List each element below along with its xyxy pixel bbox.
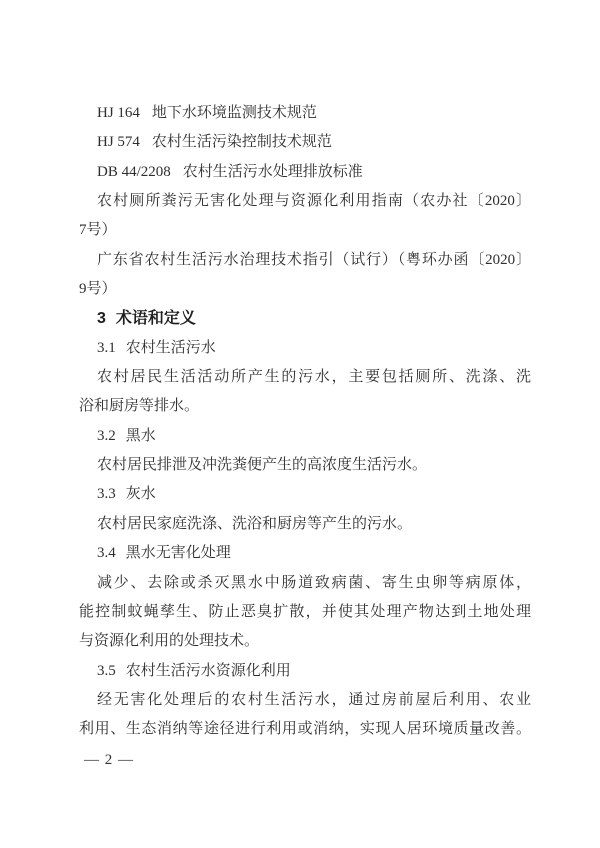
reference-code: DB 44/2208: [97, 164, 171, 180]
term-title: 黑水无害化处理: [126, 545, 231, 561]
reference-line: 农村厕所粪污无害化处理与资源化利用指南（农办社〔2020〕: [79, 187, 531, 216]
reference-line: HJ 574农村生活污染控制技术规范: [79, 128, 531, 157]
term-heading: 3.4黑水无害化处理: [79, 539, 531, 568]
section-number: 3: [97, 310, 106, 327]
document-body: HJ 164地下水环境监测技术规范 HJ 574农村生活污染控制技术规范 DB …: [79, 99, 531, 745]
definition-line: 减少、去除或杀灭黑水中肠道致病菌、寄生虫卵等病原体，: [79, 569, 531, 598]
definition-line: 农村居民排泄及冲洗粪便产生的高浓度生活污水。: [79, 451, 531, 480]
term-title: 灰水: [126, 486, 156, 502]
term-title: 农村生活污水资源化利用: [126, 663, 291, 679]
definition-line: 经无害化处理后的农村生活污水，通过房前屋后利用、农业: [79, 686, 531, 715]
reference-title: 农村生活污染控制技术规范: [152, 134, 332, 150]
term-heading: 3.5农村生活污水资源化利用: [79, 657, 531, 686]
reference-code: HJ 164: [97, 105, 140, 121]
document-page: HJ 164地下水环境监测技术规范 HJ 574农村生活污染控制技术规范 DB …: [0, 0, 600, 848]
term-number: 3.3: [97, 486, 116, 502]
reference-line-continuation: 9号）: [79, 275, 531, 304]
reference-line: 广东省农村生活污水治理技术指引（试行）（粤环办函〔2020〕: [79, 246, 531, 275]
section-title: 术语和定义: [116, 310, 196, 327]
reference-line-continuation: 7号）: [79, 216, 531, 245]
definition-line: 利用、生态消纳等途径进行利用或消纳，实现人居环境质量改善。: [79, 715, 531, 744]
term-title: 农村生活污水: [126, 340, 216, 356]
term-heading: 3.1农村生活污水: [79, 334, 531, 363]
term-number: 3.2: [97, 428, 116, 444]
section-heading: 3术语和定义: [79, 304, 531, 333]
reference-title: 农村生活污水处理排放标准: [183, 164, 363, 180]
reference-line: HJ 164地下水环境监测技术规范: [79, 99, 531, 128]
definition-line: 浴和厨房等排水。: [79, 392, 531, 421]
term-number: 3.4: [97, 545, 116, 561]
reference-title: 地下水环境监测技术规范: [152, 105, 317, 121]
definition-line: 能控制蚊蝇孳生、防止恶臭扩散，并使其处理产物达到土地处理: [79, 598, 531, 627]
reference-code: HJ 574: [97, 134, 140, 150]
reference-line: DB 44/2208农村生活污水处理排放标准: [79, 158, 531, 187]
term-heading: 3.2黑水: [79, 422, 531, 451]
term-title: 黑水: [126, 428, 156, 444]
definition-line: 与资源化利用的处理技术。: [79, 627, 531, 656]
term-heading: 3.3灰水: [79, 480, 531, 509]
definition-line: 农村居民家庭洗涤、洗浴和厨房等产生的污水。: [79, 510, 531, 539]
term-number: 3.1: [97, 340, 116, 356]
definition-line: 农村居民生活活动所产生的污水，主要包括厕所、洗涤、洗: [79, 363, 531, 392]
page-number: — 2 —: [84, 752, 134, 769]
term-number: 3.5: [97, 663, 116, 679]
